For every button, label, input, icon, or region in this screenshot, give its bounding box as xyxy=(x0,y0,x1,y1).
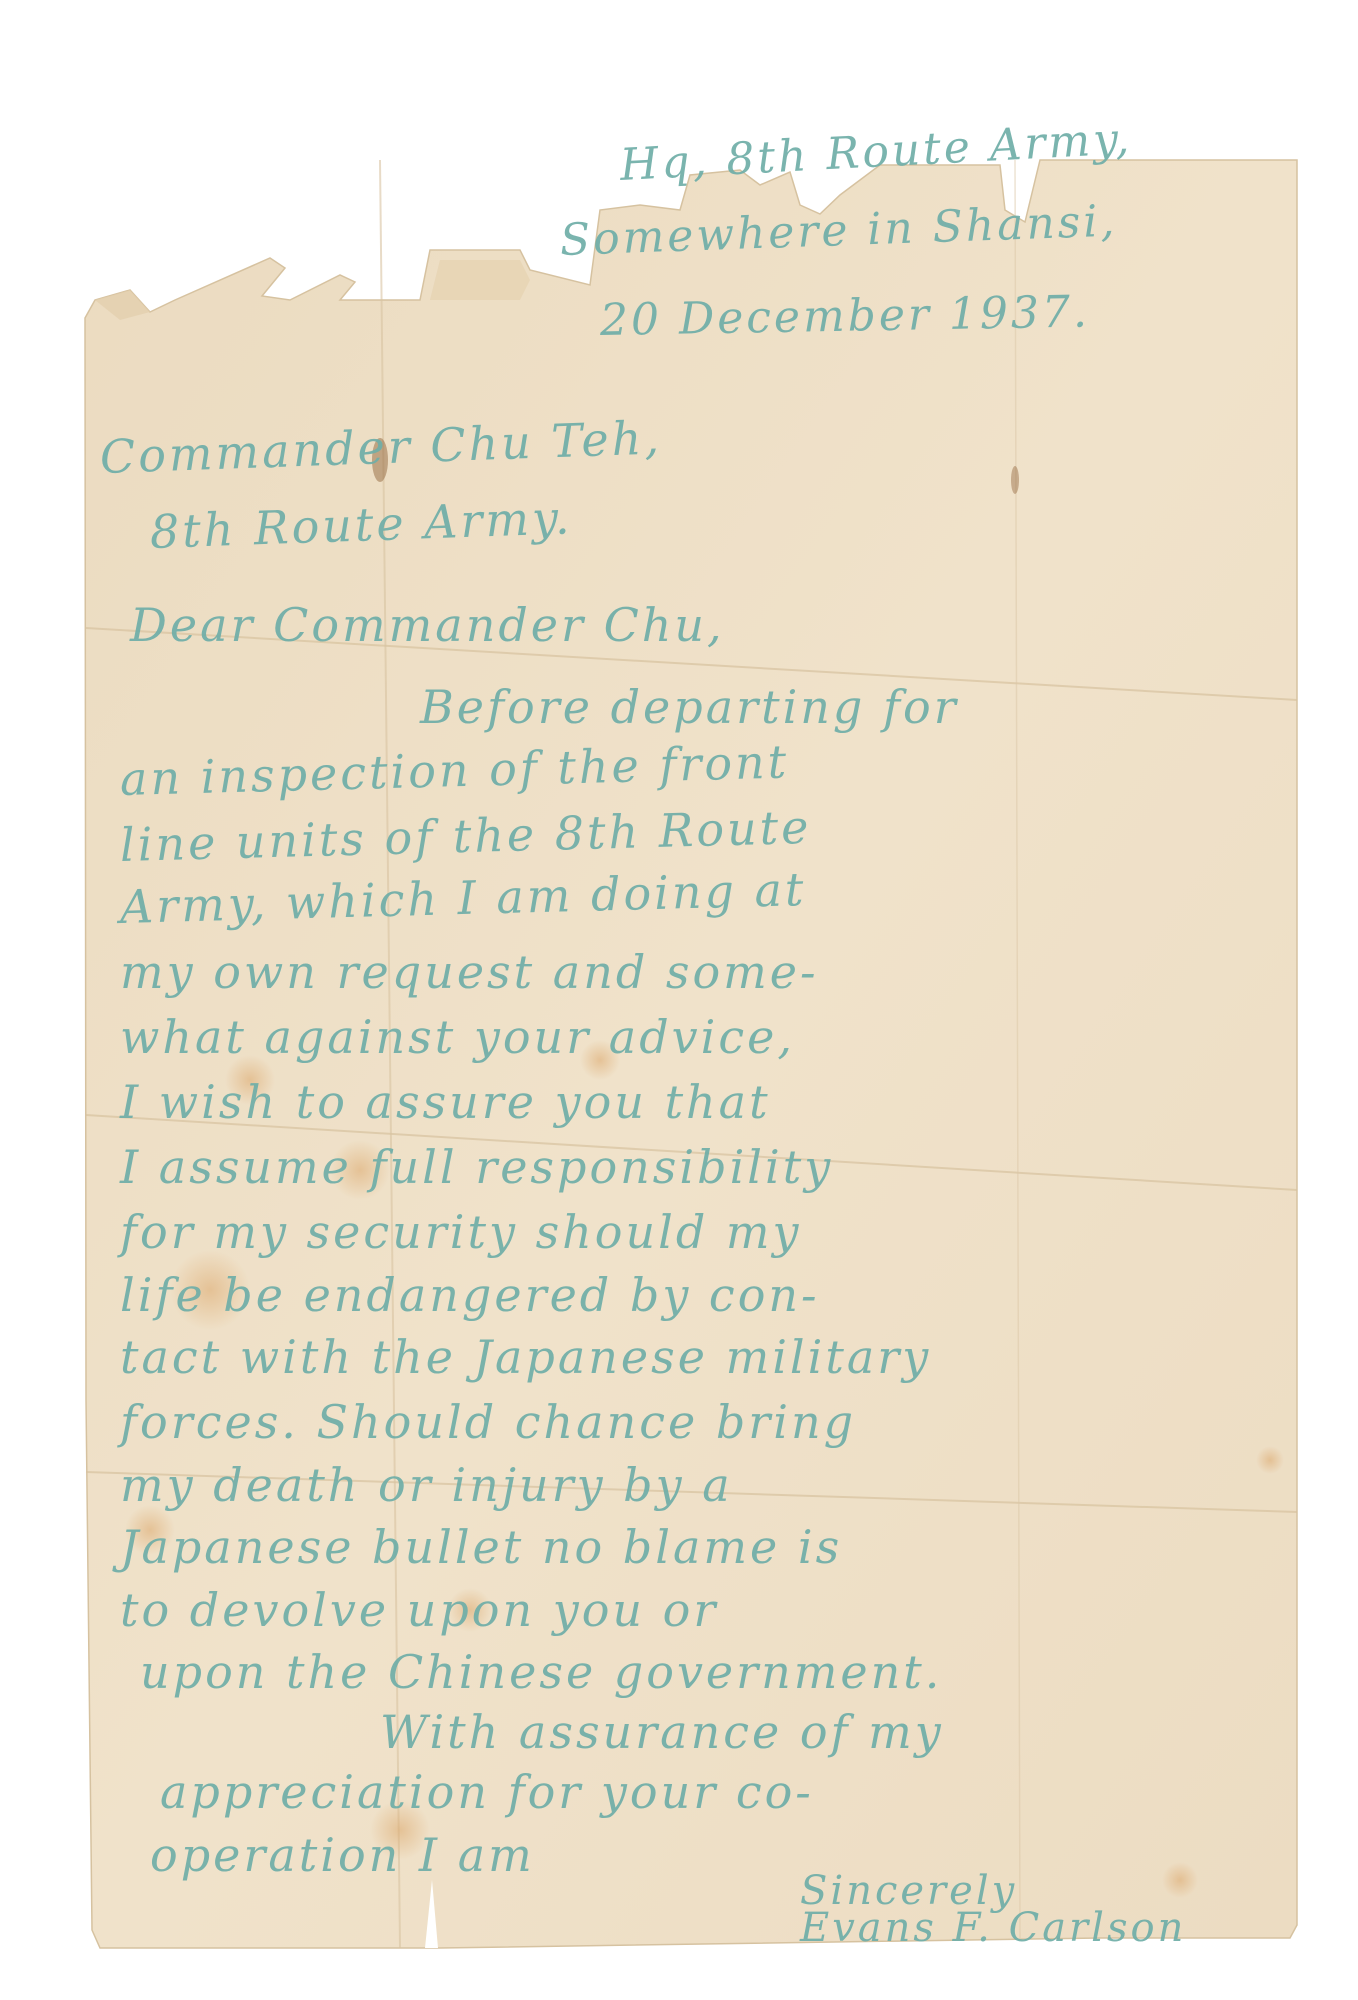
body-line: Japanese bullet no blame is xyxy=(120,1520,842,1574)
header-date: 20 December 1937. xyxy=(600,286,1091,346)
body-line: life be endangered by con- xyxy=(120,1268,820,1322)
body-line: what against your advice, xyxy=(120,1010,795,1064)
body-line: upon the Chinese government. xyxy=(140,1645,942,1699)
letter-paper: Hq, 8th Route Army, Somewhere in Shansi,… xyxy=(0,0,1358,2000)
body-line: Before departing for xyxy=(420,680,959,734)
body-line: my death or injury by a xyxy=(120,1458,733,1512)
signature: Evans F. Carlson xyxy=(800,1905,1186,1951)
body-line: for my security should my xyxy=(120,1205,802,1259)
body-line: forces. Should chance bring xyxy=(120,1395,856,1449)
body-line: I wish to assure you that xyxy=(120,1075,771,1129)
body-line: appreciation for your co- xyxy=(160,1765,814,1819)
body-line: my own request and some- xyxy=(120,945,819,999)
salutation: Dear Commander Chu, xyxy=(130,598,725,652)
body-line: operation I am xyxy=(150,1828,535,1882)
body-line: to devolve upon you or xyxy=(120,1583,718,1637)
body-line: With assurance of my xyxy=(380,1705,944,1759)
body-line: I assume full responsibility xyxy=(120,1140,833,1194)
body-line: tact with the Japanese military xyxy=(120,1330,931,1384)
